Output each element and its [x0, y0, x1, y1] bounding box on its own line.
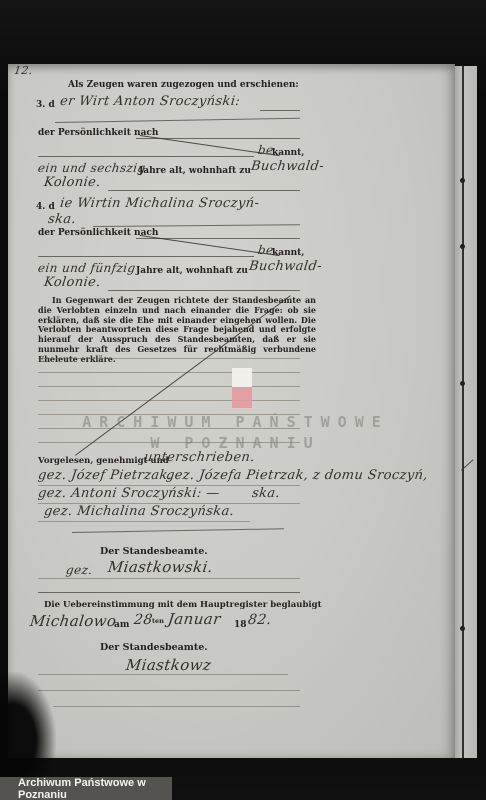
binding-stitch-line: [462, 66, 464, 758]
form-line: [108, 190, 300, 191]
watermark-text-line1: ARCHIWUM PAŃSTWOWE: [63, 413, 408, 431]
cert-place: Michalowo: [29, 612, 118, 630]
witness3-age-handwritten: ein und sechszig: [37, 161, 146, 175]
binding-stitch-dot: [460, 178, 465, 183]
witness4-name2: ska.: [47, 212, 77, 227]
watermark-flag: [232, 368, 252, 408]
page-number: 12.: [13, 64, 33, 77]
registrar-signature2: Miastkowz: [125, 656, 213, 674]
form-line: [55, 118, 300, 123]
witness4-residence2: Kolonie.: [43, 275, 102, 290]
form-line: [93, 224, 300, 227]
registrar-title: Der Standesbeamte.: [100, 546, 208, 557]
binding-stitch-dot: [460, 244, 465, 249]
ruled-line: [38, 358, 300, 359]
ruled-line: [38, 372, 300, 373]
ruled-line: [38, 400, 300, 401]
closing-handwritten: unterschrieben.: [143, 450, 256, 465]
archive-name-label: Archiwum Państwowe w Poznaniu: [0, 777, 172, 800]
witness3-age-printed: Jahre alt, wohnhaft zu: [139, 166, 251, 176]
witness3-persona-label: der Persönlichkeit nach: [38, 128, 158, 138]
form-line: [260, 110, 300, 111]
ruled-line: [38, 578, 300, 579]
signature-michalina-sroczynska: gez. Michalina Sroczyńska.: [43, 504, 235, 519]
cert-century: 18: [234, 620, 247, 630]
certification-text: Die Uebereinstimmung mit dem Hauptregist…: [44, 600, 322, 610]
ruled-line: [53, 706, 300, 707]
witness4-residence: Buchwald-: [248, 259, 323, 274]
witness4-number: 4. d: [36, 202, 55, 212]
document-page-scan: 12. Als Zeugen waren zugezogen und ersch…: [8, 64, 455, 758]
binding-stitch-dot: [460, 381, 465, 386]
registrar-gez: gez.: [65, 563, 93, 577]
witness3-number: 3. d: [36, 100, 55, 110]
cert-year: 82.: [247, 612, 272, 628]
ruled-line: [38, 521, 250, 522]
divider-line: [38, 592, 300, 593]
signature-jozefa-pietrzak: gez. Józefa Pietrzak, z domu Sroczyń,: [165, 468, 429, 483]
signature-ska-continuation: ska.: [251, 486, 281, 501]
form-line: [38, 156, 254, 157]
witness4-name: ie Wirtin Michalina Sroczyń-: [59, 196, 260, 211]
cert-day: 28: [133, 612, 154, 628]
cert-month: Januar: [167, 610, 222, 628]
witnesses-heading: Als Zeugen waren zugezogen und erschiene…: [68, 80, 299, 90]
corner-shadow: [0, 672, 56, 784]
ruled-line: [38, 690, 300, 691]
witness3-name: er Wirt Anton Sroczyński:: [59, 94, 241, 109]
watermark-flag-white: [232, 368, 252, 387]
signature-antoni-sroczynski: gez. Antoni Sroczyński: —: [37, 486, 220, 501]
flourish-line: [72, 528, 284, 533]
witness4-persona-label: der Persönlichkeit nach: [38, 228, 158, 238]
witness3-residence: Buchwald-: [250, 159, 325, 174]
witness3-residence2: Kolonie.: [43, 175, 102, 190]
witness3-known-printed: kannt,: [272, 148, 304, 158]
witness4-age-handwritten: ein und fünfzig: [37, 261, 136, 275]
adjacent-page-edge: [455, 66, 477, 758]
cert-am: am: [114, 620, 129, 630]
witness4-known-printed: kannt,: [272, 248, 304, 258]
binding-stitch-dot: [460, 626, 465, 631]
archive-name-text: Archiwum Państwowe w Poznaniu: [18, 777, 172, 800]
cert-day-suffix: ten: [152, 617, 164, 625]
witness4-age-printed: Jahre alt, wohnhaft zu: [136, 266, 248, 276]
form-line: [108, 290, 300, 291]
registrar-title2: Der Standesbeamte.: [100, 642, 208, 653]
ruled-line: [38, 674, 288, 675]
watermark-flag-red: [232, 387, 252, 408]
form-line: [38, 256, 254, 257]
signature-jozef-pietrzak: gez. Józef Pietrzak.: [37, 468, 173, 483]
registrar-signature: Miastkowski.: [107, 558, 214, 576]
